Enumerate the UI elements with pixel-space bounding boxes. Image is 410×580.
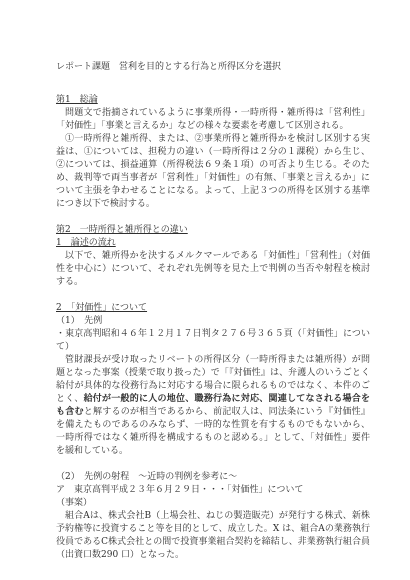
text-segment: レポート課題 営利を目的とする行為と所得区分を選択 xyxy=(56,62,281,72)
text-line: ア 東京高判平成２３年６月２９日・・・「対価性」について xyxy=(56,484,370,497)
paragraph: 以下で、雑所得かを決するメルクマールである「対価性」「営利性」（対価性を中心に）… xyxy=(56,250,370,289)
text-segment: と解するのが相当であるから、前記収入は、同法条にいう『対価性』を備えたものである… xyxy=(56,407,370,456)
report-title: レポート課題 営利を目的とする行為と所得区分を選択 xyxy=(56,61,370,74)
text-line: （1） 先例 xyxy=(56,315,370,328)
paragraph: ①一時所得と雑所得、または、②事業所得と雑所得かを検討し区別する実益は、①につい… xyxy=(56,133,370,211)
text-segment: ア 東京高判平成２３年６月２９日・・・「対価性」について xyxy=(56,485,303,495)
text-segment: 2 「対価性」について xyxy=(56,303,147,313)
blank-line xyxy=(56,458,370,471)
text-line: （2） 先例の射程 ～近時の判例を参考に～ xyxy=(56,471,370,484)
text-line: （事案） xyxy=(56,497,370,510)
text-segment: 組合Aは、株式会社B（上場会社、ねじの製造販売）が発行する株式、新株予約権等に投… xyxy=(56,511,370,560)
section-heading: 第1 総論 xyxy=(56,94,370,107)
text-segment: （1） 先例 xyxy=(56,316,102,326)
blank-line xyxy=(56,211,370,224)
text-segment: ・東京高判昭和４６年１２月１７日判タ２７６号３６５頁（「対価性」について） xyxy=(56,329,370,352)
document-page: レポート課題 営利を目的とする行為と所得区分を選択第1 総論問題文で指摘されてい… xyxy=(0,0,410,580)
paragraph: 問題文で指摘されているように事業所得・一時所得・雑所得は「営利性」「対価性」「事… xyxy=(56,107,370,133)
blank-line xyxy=(56,289,370,302)
text-segment: 以下で、雑所得かを決するメルクマールである「対価性」「営利性」（対価性を中心に）… xyxy=(56,251,370,287)
text-segment: 問題文で指摘されているように事業所得・一時所得・雑所得は「営利性」「対価性」「事… xyxy=(56,108,370,131)
text-segment: ①一時所得と雑所得、または、②事業所得と雑所得かを検討し区別する実益は、①につい… xyxy=(56,134,370,209)
text-segment: 1 論述の流れ xyxy=(56,238,116,248)
document-content: レポート課題 営利を目的とする行為と所得区分を選択第1 総論問題文で指摘されてい… xyxy=(56,61,370,562)
paragraph: 管財課長が受け取ったリベートの所得区分（一時所得または雑所得）が問題となった事案… xyxy=(56,354,370,458)
section-heading: 2 「対価性」について xyxy=(56,302,370,315)
text-segment: 第2 一時所得と雑所得との違い xyxy=(56,225,188,235)
text-segment: （2） 先例の射程 ～近時の判例を参考に～ xyxy=(56,472,237,482)
text-segment: （事案） xyxy=(56,498,92,508)
paragraph: 組合Aは、株式会社B（上場会社、ねじの製造販売）が発行する株式、新株予約権等に投… xyxy=(56,510,370,562)
text-line: ・東京高判昭和４６年１２月１７日判タ２７６号３６５頁（「対価性」について） xyxy=(56,328,370,354)
text-segment: 第1 総論 xyxy=(56,95,98,105)
section-heading: 第2 一時所得と雑所得との違い xyxy=(56,224,370,237)
section-heading: 1 論述の流れ xyxy=(56,237,370,250)
